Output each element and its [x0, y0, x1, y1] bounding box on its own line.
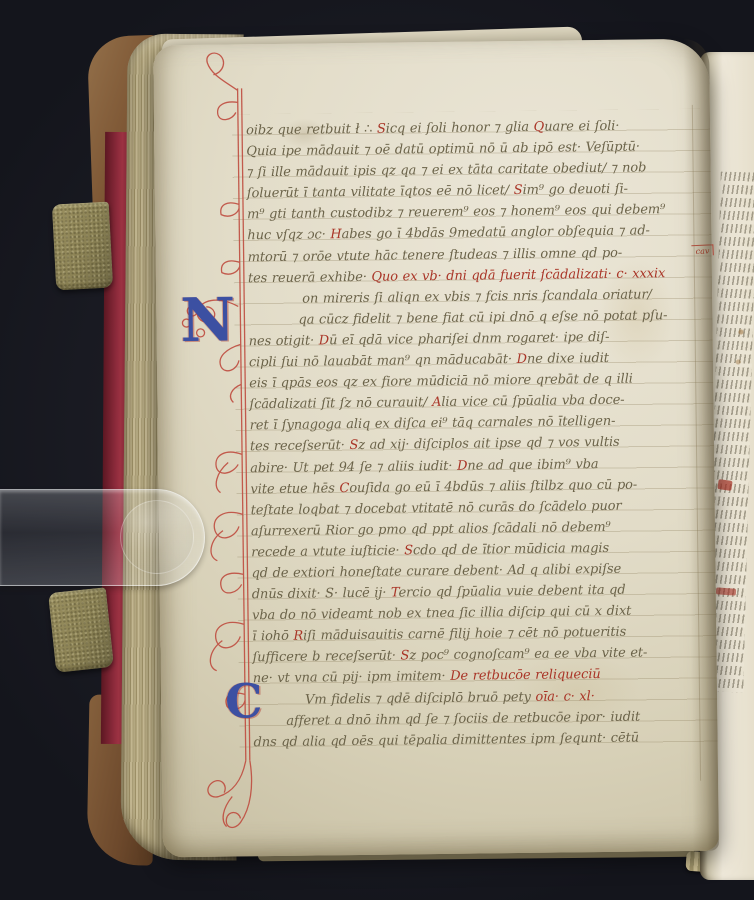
rubric-text: S: [404, 543, 413, 558]
ink-text: icq ei ſoli honor ⁊ glia: [386, 120, 534, 137]
rubric-text: Quo ex vb· dni qdā fuerit ſcādalizati· c…: [371, 266, 665, 285]
ink-text: ī iohō: [252, 629, 293, 645]
ink-text: huc vſqz ɔc·: [247, 228, 330, 244]
ink-text: m⁹ gti tanth custodibz ⁊ reuerem⁹ eos ⁊ …: [247, 203, 665, 223]
ink-text: vba do nō videamt nob ex tnea ſic illia …: [252, 604, 631, 624]
ink-text: cipli ſui nō lauabāt man⁹ qn māducabāt·: [249, 352, 517, 370]
ink-text: afferet a dnō ihm qd ſe ⁊ ſociis de retb…: [286, 709, 640, 728]
ink-text: tes reuerā exhibe·: [248, 269, 372, 286]
ink-text: lia vice cū ſpūalia vba doce-: [441, 393, 624, 410]
rubric-text: S: [377, 122, 386, 137]
fabric-clasp-top: [52, 202, 113, 291]
foxing-spots: [734, 320, 748, 380]
rubric-text: C: [339, 481, 349, 496]
rubric-text: A: [432, 395, 441, 410]
ink-text: tes receſserūt·: [250, 438, 350, 454]
ink-text: Vm fidelis ⁊ qdē diſciplō bruō pety: [305, 689, 536, 707]
ink-text: mtorū ⁊ orōe vtute hāc tenere ſtudeas ⁊ …: [248, 245, 623, 265]
rubric-text: S: [400, 649, 409, 664]
decorated-initial-N: N: [180, 290, 236, 351]
ink-text: cdo qd de ītior mūdicia magis: [413, 541, 609, 558]
ink-text: ret ī ſynagoga aliq ex diſca ei⁹ tāq car…: [250, 414, 616, 433]
ink-text: ⁊ ſi ille mādauit ipis qz qa ⁊ ei ex tāt…: [247, 161, 647, 181]
ink-text: recede a vtute iuſticie·: [251, 543, 404, 560]
ink-text: iſi māduisauitis carnē filij hoie ⁊ cēt …: [303, 625, 626, 644]
facing-page-red-initial: [717, 479, 732, 491]
ink-text: ouſida go eū ī 4bdūs ⁊ aliis ſtilbz quo …: [349, 477, 637, 496]
ink-text: qd de extiori honeſtate curare debent· A…: [251, 562, 621, 582]
rubric-text: R: [293, 629, 303, 644]
rubric-text: D: [517, 352, 528, 367]
ink-text: ne· vt vna cū pij· ipm imitem·: [253, 669, 451, 686]
ink-text: abes go ī 4bdās 9medatū anglor obſequia …: [342, 224, 650, 243]
ink-text: qa cūcz fidelit ⁊ bene fiat cū ipi dnō q…: [298, 308, 667, 328]
ink-text: Quia ipe mādauit ⁊ oē datū optimū nō ū a…: [246, 140, 640, 160]
rubric-text: H: [330, 228, 341, 243]
ink-text: ſufficere b receſserūt·: [252, 649, 400, 666]
rubric-text: Q: [534, 120, 545, 135]
rubric-text: T: [391, 586, 399, 601]
ink-text: nes otigit·: [249, 333, 319, 349]
ink-text: on mireris ſi aliqn ex vbis ⁊ fcis nris …: [302, 287, 652, 306]
ink-text: im⁹ go deuoti ſi-: [522, 182, 627, 198]
rubric-text: D: [319, 333, 330, 348]
ink-text: ne dixe iudit: [527, 351, 609, 367]
manuscript-photo: oibz que retbuit ł ∴ Sicq ei ſoli honor …: [0, 0, 754, 900]
ink-text: vite etue hēs: [250, 481, 339, 497]
rubric-text: S: [514, 183, 523, 198]
ink-text: ſcādalizati ſīt ſz nō curauit/: [249, 395, 432, 412]
ink-text: abire· Ut pet 94 ſe ⁊ aliis iudit·: [250, 458, 457, 476]
ink-text: ſoluerūt ī tanta vilitate īqtos eē nō li…: [247, 183, 514, 201]
fabric-clasp-bottom: [48, 587, 114, 673]
ruling-right-border: [692, 105, 701, 781]
ink-text: teſtate loqbat ⁊ docebat vtitatē nō curā…: [251, 498, 622, 518]
rubric-text: De retbucōe reliqueciū: [450, 667, 601, 684]
ink-text: dnūs dixit· S· lucē ij·: [252, 586, 391, 603]
margin-note: cav: [691, 244, 713, 256]
ink-text: eis ī qpās eos qz ex fiore mūdiciā nō mi…: [249, 372, 633, 392]
text-block: oibz que retbuit ł ∴ Sicq ei ſoli honor …: [246, 115, 706, 753]
rubric-text: oīa· c· xl·: [535, 689, 594, 705]
strip-lens-highlight: [120, 500, 194, 574]
facing-page-red-rubric: [716, 587, 736, 595]
ink-text: z poc⁹ cognoſcam⁹ ea ee vba vite et-: [409, 646, 647, 664]
ink-text: ū eī qdā vice phariſei dnm rogaret· ipe …: [329, 330, 609, 348]
ink-text: oibz que retbuit ł ∴: [246, 122, 377, 139]
transparent-book-weight-strip: [0, 489, 205, 586]
ink-text: uare ei ſoli·: [544, 119, 619, 135]
ink-text: z ad xij· diſciplos ait ipse qd ⁊ vos vu…: [358, 435, 619, 453]
rubric-text: D: [457, 458, 468, 473]
ink-text: ercio qd ſpūalia vuie debent ita qd: [398, 583, 625, 601]
ink-text: dns qd alia qd oēs qui tēpalia dimittent…: [253, 730, 639, 750]
ink-text: aſurrexerū Rior go pmo qd ppt alios ſcād…: [251, 520, 611, 539]
ink-text: ne ad que ibim⁹ vba: [467, 457, 598, 474]
manuscript-page: oibz que retbuit ł ∴ Sicq ei ſoli honor …: [153, 39, 719, 858]
decorated-initial-C: C: [225, 678, 263, 725]
